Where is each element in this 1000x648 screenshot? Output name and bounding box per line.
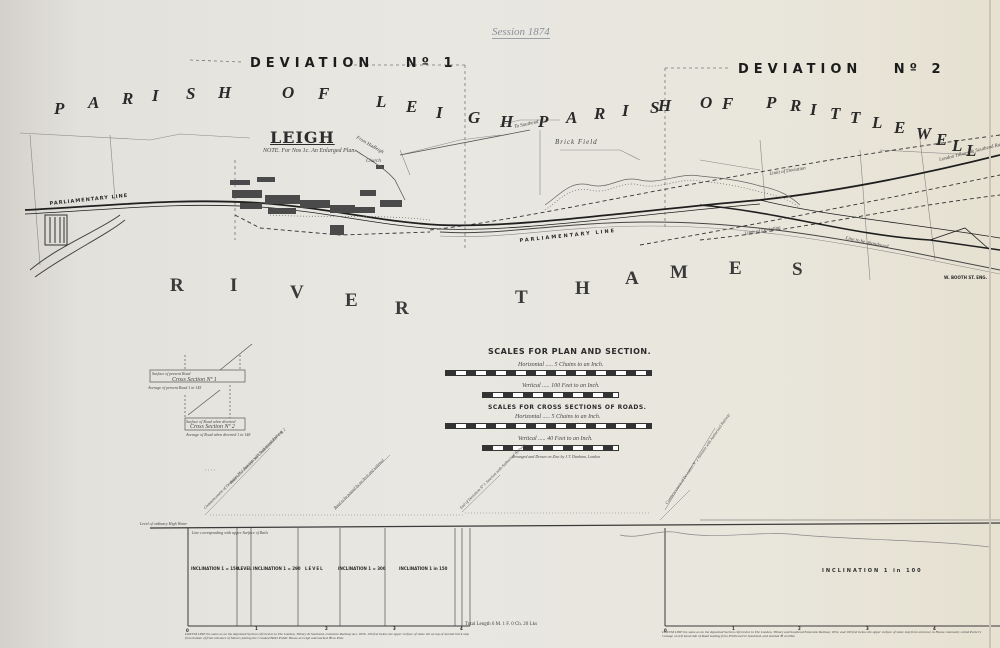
parish-letter: E (406, 97, 417, 117)
roads-vertical-scale-label: Vertical ..... 40 Feet to an Inch. (518, 436, 593, 442)
gradient-right-label: INCLINATION 1 in 100 (822, 568, 923, 574)
brick-field-label: Brick Field (555, 138, 598, 146)
parish-letter: F (722, 94, 733, 114)
parish-letter: S (186, 84, 195, 104)
map-linework (0, 0, 1000, 648)
chain-mark: 3 (393, 626, 396, 631)
chain-mark: 2 (325, 626, 328, 631)
scales-roads-title: SCALES FOR CROSS SECTIONS OF ROADS. (488, 404, 646, 411)
river-letter: E (345, 290, 358, 312)
river-letter: S (792, 259, 803, 281)
parish-letter: P (766, 93, 776, 113)
datum-line-note-left: DATUM LINE the same as on the deposited … (185, 632, 475, 640)
gradient-label: INCLINATION 1 = 290 (253, 566, 301, 571)
plan-horizontal-scale-bar (445, 370, 652, 376)
town-name-leigh: LEIGH (270, 128, 335, 147)
parish-letter: I (436, 103, 443, 123)
pencil-session-note: Session 1874 (492, 26, 550, 39)
river-letter: T (515, 287, 528, 309)
parish-letter: I (622, 101, 629, 121)
river-letter: M (670, 262, 688, 284)
deviation-1-number: Nº 1 (406, 56, 458, 71)
parish-letter: H (658, 96, 671, 116)
gradient-label: INCLINATION 1 in 150 (399, 566, 447, 571)
gradient-label: INCLINATION 1 = 150 (191, 566, 239, 571)
parish-letter: T (850, 108, 860, 128)
surveyor-signature: W. BOOTH ST. ENG. (944, 275, 987, 280)
parish-letter: G (468, 108, 480, 128)
parish-letter: O (700, 93, 712, 113)
river-letter: E (729, 258, 742, 280)
river-letter: A (625, 268, 639, 290)
river-letter: H (575, 278, 590, 300)
parish-letter: R (790, 96, 801, 116)
plan-vertical-scale-label: Vertical ..... 100 Feet to an Inch. (522, 383, 600, 389)
gradient-label: LEVEL (238, 566, 252, 571)
rail-surface-label: Line corresponding with upper Surface of… (192, 530, 268, 535)
deviation-2-label: DEVIATION (738, 62, 862, 77)
parish-letter: I (810, 100, 817, 120)
parish-letter: O (282, 83, 294, 103)
deviation-1-label: DEVIATION (250, 56, 374, 71)
parish-letter: F (318, 84, 329, 104)
deviation-1-heading: DEVIATION Nº 1 (250, 56, 458, 71)
parish-letter: A (566, 108, 577, 128)
parish-letter: T (830, 104, 840, 124)
roads-horizontal-scale-bar (445, 423, 652, 429)
parish-letter: L (376, 92, 386, 112)
total-length-label: Total Length 6 M. 1 F. 0 Ch. 20 Lks (465, 622, 537, 627)
church-label: Church (366, 159, 381, 164)
plan-horizontal-scale-label: Horizontal ..... 5 Chains to an Inch. (518, 362, 603, 368)
parish-letter: H (500, 112, 513, 132)
parish-letter: E (894, 118, 905, 138)
river-letter: R (170, 275, 184, 297)
engraver-credit: Arranged and Drawn on Zinc by J.T. Dunha… (512, 454, 600, 459)
cross-section-1-title: Cross Section Nº 1 (172, 377, 217, 383)
parish-letter: I (152, 86, 159, 106)
parish-letter: L (872, 113, 882, 133)
cross-section-2-title: Cross Section Nº 2 (190, 424, 235, 430)
railway-deviation-plan-sheet: Session 1874 DEVIATION Nº 1 DEVIATION Nº… (0, 0, 1000, 648)
chain-mark: 1 (255, 626, 258, 631)
chain-mark: 4 (460, 626, 463, 631)
gradient-label: INCLINATION 1 = 300 (338, 566, 386, 571)
parish-letter: P (54, 99, 64, 119)
scales-plan-title: SCALES FOR PLAN AND SECTION. (488, 347, 651, 356)
deviation-2-number: Nº 2 (894, 62, 946, 77)
cross-section-1-top-label: Surface of present Road (152, 371, 190, 376)
cross-section-1-caption: Average of present Road 1 in 145 (148, 385, 201, 390)
roads-horizontal-scale-label: Horizontal ..... 5 Chains to an Inch. (515, 414, 600, 420)
parish-letter: A (88, 93, 99, 113)
parish-letter: R (122, 89, 133, 109)
river-letter: I (230, 275, 237, 297)
river-letter: V (290, 282, 304, 304)
roads-vertical-scale-bar (482, 445, 619, 451)
town-note: NOTE. For Nos 1c. An Enlarged Plan. (263, 148, 356, 154)
deviation-2-heading: DEVIATION Nº 2 (738, 62, 946, 77)
river-letter: R (395, 298, 409, 320)
parish-letter: P (538, 112, 548, 132)
datum-line-note-right: DATUM LINE the same as on the deposited … (662, 630, 992, 638)
cross-section-2-caption: Average of Road when diverted 1 in 148 (186, 432, 250, 437)
gradient-label: LEVEL (305, 566, 324, 571)
parish-letter: W (916, 124, 931, 144)
parish-letter: E (936, 130, 947, 150)
parish-letter: R (594, 104, 605, 124)
high-water-label: Level of ordinary High Water (140, 521, 187, 526)
parish-letter: H (218, 83, 231, 103)
plan-vertical-scale-bar (482, 392, 619, 398)
